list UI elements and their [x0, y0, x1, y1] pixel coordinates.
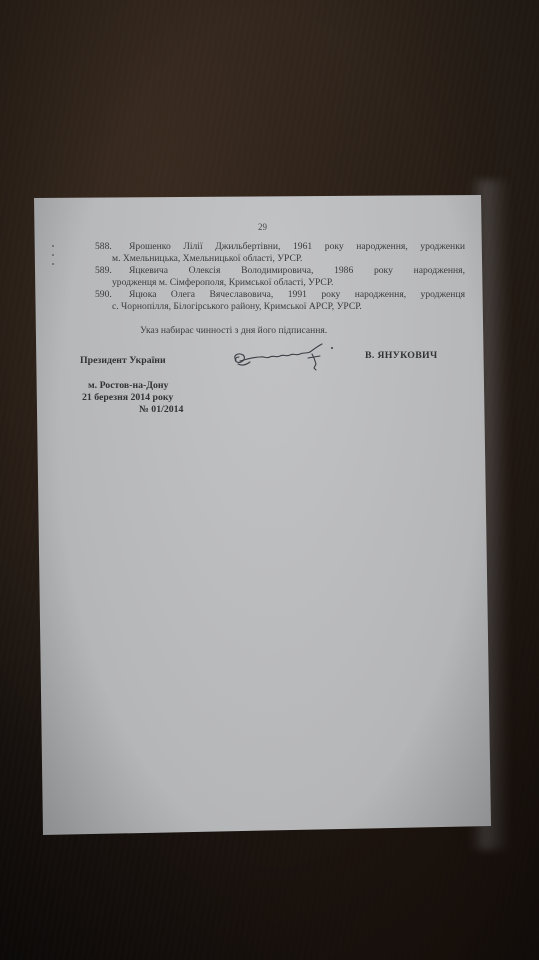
entry-line-1: 588.Ярошенко Лілії Джильбертівни, 1961 р…	[95, 241, 465, 253]
page-number: 29	[258, 222, 267, 232]
entry-line-2: м. Хмельницька, Хмельницької області, УР…	[95, 253, 465, 265]
signing-place: м. Ростов-на-Дону	[88, 380, 168, 391]
entry-text: Ярошенко Лілії Джильбертівни, 1961 року …	[129, 241, 465, 252]
entry-number: 588.	[95, 241, 129, 253]
margin-dot	[52, 263, 54, 265]
entry-line-1: 590.Яцюка Олега Вячеславовича, 1991 року…	[95, 289, 465, 301]
entry-line-2: уродженця м. Сімферополя, Кримської обла…	[95, 277, 465, 289]
decree-number: № 01/2014	[139, 404, 183, 415]
entry-line-1: 589.Яцкевича Олексія Володимировича, 198…	[95, 265, 465, 277]
margin-dot	[52, 245, 54, 247]
signing-date: 21 березня 2014 року	[82, 392, 173, 403]
entry-line-2: с. Чорнопілля, Білогірського району, Кри…	[95, 301, 465, 313]
document-content: 29 588.Ярошенко Лілії Джильбертівни, 196…	[0, 0, 539, 960]
margin-dot	[52, 254, 54, 256]
entry-number: 589.	[95, 265, 129, 277]
entry-text: Яцкевича Олексія Володимировича, 1986 ро…	[129, 265, 465, 276]
entry-number: 590.	[95, 289, 129, 301]
signer-name: В. ЯНУКОВИЧ	[365, 350, 437, 361]
signer-title: Президент України	[80, 355, 166, 366]
entry-text: Яцюка Олега Вячеславовича, 1991 року нар…	[129, 289, 465, 300]
list-item: 589.Яцкевича Олексія Володимировича, 198…	[95, 265, 465, 289]
handwritten-signature-icon	[228, 340, 338, 374]
decree-effective-note: Указ набирає чинності з дня його підписа…	[140, 325, 327, 336]
list-item: 588.Ярошенко Лілії Джильбертівни, 1961 р…	[95, 241, 465, 265]
list-item: 590.Яцюка Олега Вячеславовича, 1991 року…	[95, 289, 465, 313]
